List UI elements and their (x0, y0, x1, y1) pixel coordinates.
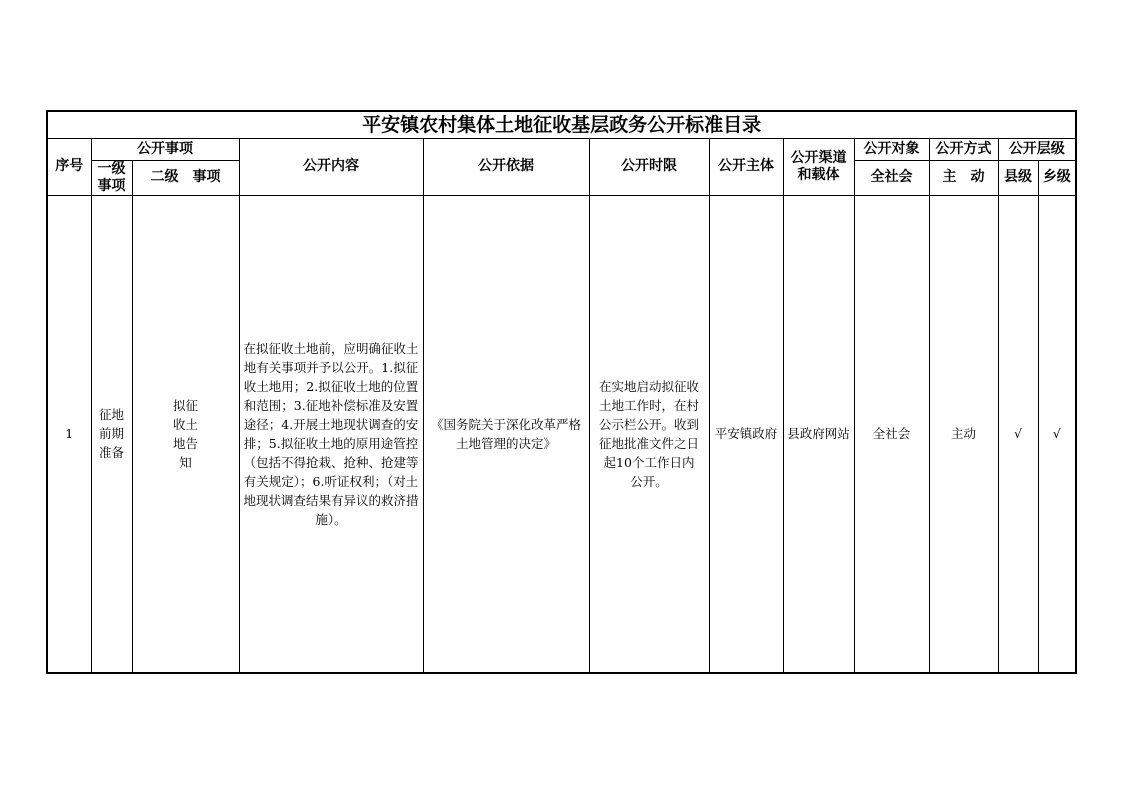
document-page: 平安镇农村集体土地征收基层政务公开标准目录 序号 公开事项 公开内容 公开依据 … (0, 0, 1122, 793)
col-header-target: 公开对象 (854, 138, 929, 160)
table-title: 平安镇农村集体土地征收基层政务公开标准目录 (47, 111, 1076, 138)
col-header-time-limit: 公开时限 (589, 138, 709, 195)
cell-method: 主动 (929, 195, 998, 673)
table-row: 1 征地 前期 准备 拟征 收土 地告 知 在拟征收土地前，应明确征收土地有关事… (47, 195, 1076, 673)
cell-disclosure-content: 在拟征收土地前，应明确征收土地有关事项并予以公开。1.拟征收土地用；2.拟征收土… (239, 195, 423, 673)
cell-county-checkmark: √ (998, 195, 1038, 673)
time-limit-text: 在实地启动拟征收土地工作时，在村公示栏公开。收到征地批准文件之日起10个工作日内… (598, 377, 700, 491)
cell-township-checkmark: √ (1038, 195, 1076, 673)
col-header-township: 乡级 (1038, 160, 1076, 195)
col-header-content: 公开内容 (239, 138, 423, 195)
cell-disclosure-basis: 《国务院关于深化改革严格土地管理的决定》 (423, 195, 589, 673)
col-header-subject: 公开主体 (709, 138, 783, 195)
disclosure-content-text: 在拟征收土地前，应明确征收土地有关事项并予以公开。1.拟征收土地用；2.拟征收土… (242, 339, 421, 529)
cell-channel: 县政府网站 (783, 195, 854, 673)
col-header-first-level-item: 一级事项 (91, 160, 132, 195)
cell-time-limit: 在实地启动拟征收土地工作时，在村公示栏公开。收到征地批准文件之日起10个工作日内… (589, 195, 709, 673)
col-header-level: 公开层级 (998, 138, 1076, 160)
col-header-basis: 公开依据 (423, 138, 589, 195)
disclosure-catalog-table: 平安镇农村集体土地征收基层政务公开标准目录 序号 公开事项 公开内容 公开依据 … (46, 110, 1077, 674)
cell-serial-number: 1 (47, 195, 91, 673)
col-header-county: 县级 (998, 160, 1038, 195)
col-header-serial: 序号 (47, 138, 91, 195)
col-header-active: 主 动 (929, 160, 998, 195)
cell-target: 全社会 (854, 195, 929, 673)
col-header-whole-society: 全社会 (854, 160, 929, 195)
col-header-disclosure-items: 公开事项 (91, 138, 239, 160)
cell-subject: 平安镇政府 (709, 195, 783, 673)
disclosure-basis-text: 《国务院关于深化改革严格土地管理的决定》 (426, 415, 587, 453)
cell-second-level-item: 拟征 收土 地告 知 (132, 195, 239, 673)
cell-first-level-item: 征地 前期 准备 (91, 195, 132, 673)
col-header-second-level-item: 二级 事项 (132, 160, 239, 195)
col-header-method: 公开方式 (929, 138, 998, 160)
col-header-channel-carrier: 公开渠道和载体 (783, 138, 854, 195)
